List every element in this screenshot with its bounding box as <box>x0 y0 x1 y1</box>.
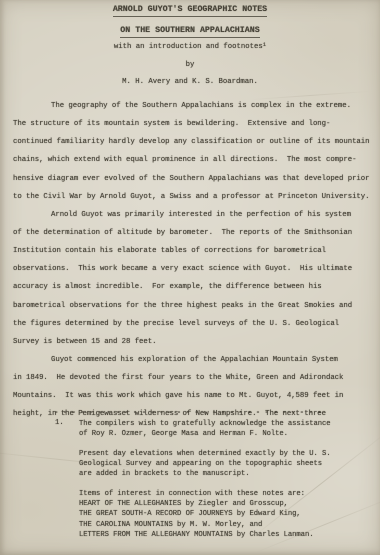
body-line: in 1849. He devoted the first four years… <box>13 369 372 387</box>
body-line: of the determination of altitude by baro… <box>13 224 372 242</box>
document-title-line1: ARNOLD GUYOT'S GEOGRAPHIC NOTES <box>0 5 380 14</box>
footnote-line: The compilers wish to gratefully acknowl… <box>79 419 366 429</box>
body-line: Institution contain his elaborate tables… <box>13 242 372 260</box>
footnote-line: Items of interest in connection with the… <box>79 489 366 499</box>
body-line: Guyot commenced his exploration of the A… <box>13 351 372 369</box>
footnote-line: Present day elevations when determined e… <box>79 449 366 459</box>
footnote-block: The compilers wish to gratefully acknowl… <box>79 419 366 439</box>
body-line: the figures determined by the precise le… <box>13 315 372 333</box>
body-line: Mountains. It was this work which gave h… <box>13 387 372 405</box>
byline: by <box>0 61 380 69</box>
footnote-blocks: The compilers wish to gratefully acknowl… <box>79 419 366 550</box>
body-line: The geography of the Southern Appalachia… <box>13 97 372 115</box>
body-line: observations. This work became a very ex… <box>13 260 372 278</box>
footnote-line: HEART OF THE ALLEGHANIES by Ziegler and … <box>79 499 366 509</box>
footnote-line: LETTERS FROM THE ALLEGHANY MOUNTAINS by … <box>79 530 366 540</box>
footnote-line: THE CAROLINA MOUNTAINS by M. W. Morley, … <box>79 520 366 530</box>
subtitle-text: with an introduction and footnotes <box>114 43 263 51</box>
body-line: hensive diagram ever evolved of the Sout… <box>13 170 372 188</box>
body-line: continued familiarity hardly develop any… <box>13 133 372 151</box>
body-line: to the Civil War by Arnold Guyot, a Swis… <box>13 188 372 206</box>
footnote-line: of Roy R. Ozmer, George Masa and Herman … <box>79 429 366 439</box>
document-title-line2: ON THE SOUTHERN APPALACHIANS <box>0 26 380 35</box>
body-line: Survey is between 15 and 28 feet. <box>13 333 372 351</box>
footnote-block: Present day elevations when determined e… <box>79 449 366 480</box>
footnote-block: Items of interest in connection with the… <box>79 489 366 540</box>
title-underline-1: ARNOLD GUYOT'S GEOGRAPHIC NOTES <box>113 5 267 17</box>
footnote-separator: - - - - - - - - - - - - - - - - - - - - … <box>54 409 322 417</box>
authors: M. H. Avery and K. S. Boardman. <box>0 78 380 86</box>
body-line: Arnold Guyot was primarily interested in… <box>13 206 372 224</box>
body-line: The structure of its mountain system is … <box>13 115 372 133</box>
footnote-reference-superscript: 1 <box>263 41 266 48</box>
footnote-line: Geological Survey and appearing on the t… <box>79 459 366 469</box>
body-line: chains, which extend with equal prominen… <box>13 151 372 169</box>
body-text: The geography of the Southern Appalachia… <box>13 97 372 424</box>
document-page: ARNOLD GUYOT'S GEOGRAPHIC NOTES ON THE S… <box>0 0 380 555</box>
footnote-line: are added in brackets to the manuscript. <box>79 469 366 479</box>
body-line: accuracy is almost incredible. For examp… <box>13 278 372 296</box>
footnote-number: 1. <box>55 419 64 427</box>
title-underline-2: ON THE SOUTHERN APPALACHIANS <box>120 26 259 38</box>
body-line: barometrical observations for the three … <box>13 297 372 315</box>
document-subtitle: with an introduction and footnotes1 <box>0 43 380 51</box>
footnote-line: THE GREAT SOUTH-A RECORD OF JOURNEYS by … <box>79 509 366 519</box>
